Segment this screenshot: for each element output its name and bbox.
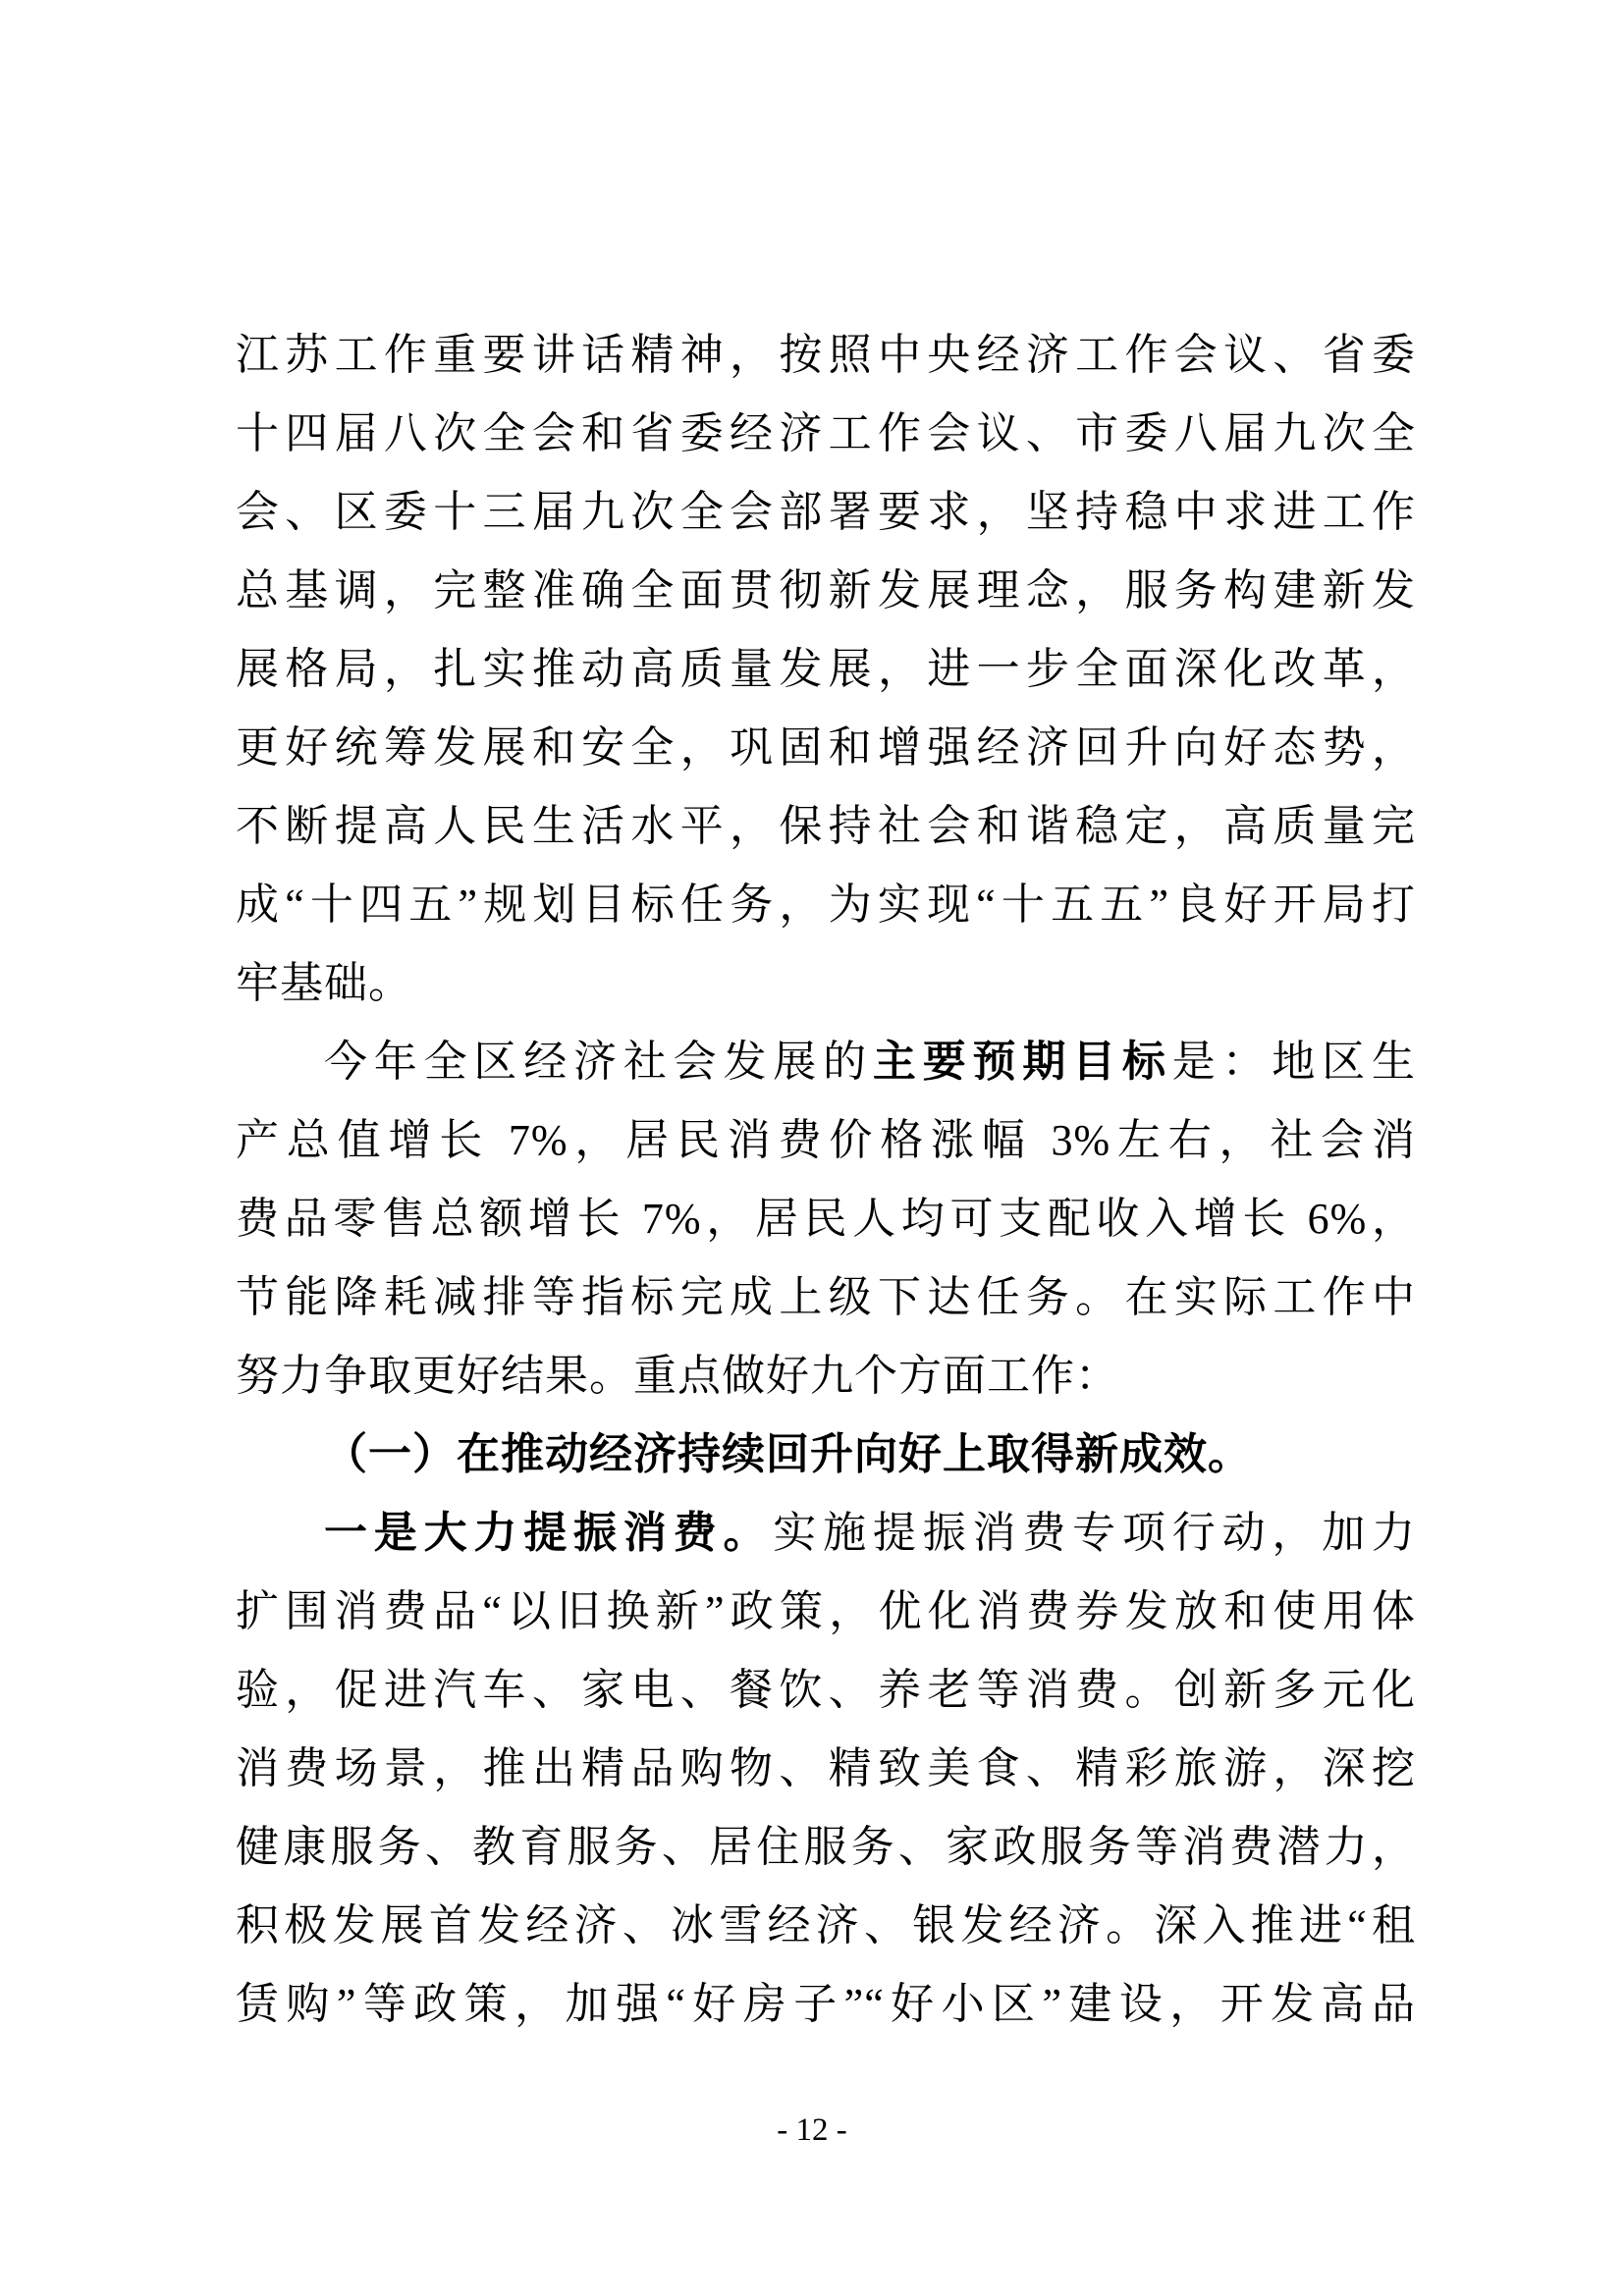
text-run: 费品零售总额增长 7%，居民人均可支配收入增长 6%，	[236, 1195, 1416, 1243]
text-run: 消费场景，推出精品购物、精致美食、精彩旅游，深挖	[236, 1744, 1416, 1792]
text-line: 费品零售总额增长 7%，居民人均可支配收入增长 6%，	[236, 1180, 1416, 1258]
text-line: 努力争取更好结果。重点做好九个方面工作：	[236, 1337, 1416, 1415]
text-line: 更好统筹发展和安全，巩固和增强经济回升向好态势，	[236, 709, 1416, 787]
text-run: 展格局，扎实推动高质量发展，进一步全面深化改革，	[236, 645, 1416, 693]
document-body: 江苏工作重要讲话精神，按照中央经济工作会议、省委十四届八次全会和省委经济工作会议…	[236, 316, 1416, 2044]
text-run: 成“十四五”规划目标任务，为实现“十五五”良好开局打	[236, 881, 1416, 929]
text-line: 扩围消费品“以旧换新”政策，优化消费券发放和使用体	[236, 1573, 1416, 1651]
text-run: 产总值增长 7%，居民消费价格涨幅 3%左右，社会消	[236, 1116, 1416, 1164]
text-line: 牢基础。	[236, 944, 1416, 1023]
text-run: 积极发展首发经济、冰雪经济、银发经济。深入推进“租	[236, 1901, 1416, 1949]
page-number: - 12 -	[0, 2110, 1624, 2150]
text-run: 牢基础。	[236, 959, 412, 1007]
text-run: 会、区委十三届九次全会部署要求，坚持稳中求进工作	[236, 488, 1416, 536]
text-run: 今年全区经济社会发展的	[324, 1038, 873, 1086]
text-run: 扩围消费品“以旧换新”政策，优化消费券发放和使用体	[236, 1587, 1416, 1635]
text-run: 实施提振消费专项行动，加力	[773, 1509, 1416, 1557]
text-line: 消费场景，推出精品购物、精致美食、精彩旅游，深挖	[236, 1730, 1416, 1808]
text-line: 节能降耗减排等指标完成上级下达任务。在实际工作中	[236, 1258, 1416, 1337]
text-line: 一是大力提振消费。实施提振消费专项行动，加力	[236, 1494, 1416, 1573]
text-line: 验，促进汽车、家电、餐饮、养老等消费。创新多元化	[236, 1651, 1416, 1730]
text-line: 今年全区经济社会发展的主要预期目标是：地区生	[236, 1023, 1416, 1101]
text-run: 节能降耗减排等指标完成上级下达任务。在实际工作中	[236, 1273, 1416, 1321]
text-line: 十四届八次全会和省委经济工作会议、市委八届九次全	[236, 395, 1416, 473]
text-line: 积极发展首发经济、冰雪经济、银发经济。深入推进“租	[236, 1887, 1416, 1965]
text-line: 赁购”等政策，加强“好房子”“好小区”建设，开发高品	[236, 1965, 1416, 2044]
text-run: 是：地区生	[1172, 1038, 1416, 1086]
emphasis-text-run: 一是大力提振消费。	[324, 1509, 773, 1557]
text-run: 努力争取更好结果。重点做好九个方面工作：	[236, 1352, 1119, 1400]
text-line: 展格局，扎实推动高质量发展，进一步全面深化改革，	[236, 630, 1416, 709]
text-run: 赁购”等政策，加强“好房子”“好小区”建设，开发高品	[236, 1980, 1416, 2028]
text-line: 成“十四五”规划目标任务，为实现“十五五”良好开局打	[236, 866, 1416, 944]
emphasis-text-run: （一）在推动经济持续回升向好上取得新成效。	[324, 1430, 1252, 1478]
document-page: { "page": { "background": "#ffffff", "te…	[0, 0, 1624, 2296]
text-line: 产总值增长 7%，居民消费价格涨幅 3%左右，社会消	[236, 1101, 1416, 1180]
text-run: 健康服务、教育服务、居住服务、家政服务等消费潜力，	[236, 1823, 1416, 1871]
text-run: 江苏工作重要讲话精神，按照中央经济工作会议、省委	[236, 331, 1416, 379]
text-line: 江苏工作重要讲话精神，按照中央经济工作会议、省委	[236, 316, 1416, 395]
text-line: 总基调，完整准确全面贯彻新发展理念，服务构建新发	[236, 552, 1416, 630]
text-run: 总基调，完整准确全面贯彻新发展理念，服务构建新发	[236, 566, 1416, 614]
text-line: （一）在推动经济持续回升向好上取得新成效。	[236, 1415, 1416, 1494]
text-run: 验，促进汽车、家电、餐饮、养老等消费。创新多元化	[236, 1666, 1416, 1714]
text-line: 会、区委十三届九次全会部署要求，坚持稳中求进工作	[236, 473, 1416, 552]
text-line: 健康服务、教育服务、居住服务、家政服务等消费潜力，	[236, 1808, 1416, 1887]
text-run: 更好统筹发展和安全，巩固和增强经济回升向好态势，	[236, 723, 1416, 772]
emphasis-text-run: 主要预期目标	[873, 1038, 1172, 1086]
text-run: 不断提高人民生活水平，保持社会和谐稳定，高质量完	[236, 802, 1416, 850]
text-line: 不断提高人民生活水平，保持社会和谐稳定，高质量完	[236, 787, 1416, 866]
text-run: 十四届八次全会和省委经济工作会议、市委八届九次全	[236, 409, 1416, 457]
